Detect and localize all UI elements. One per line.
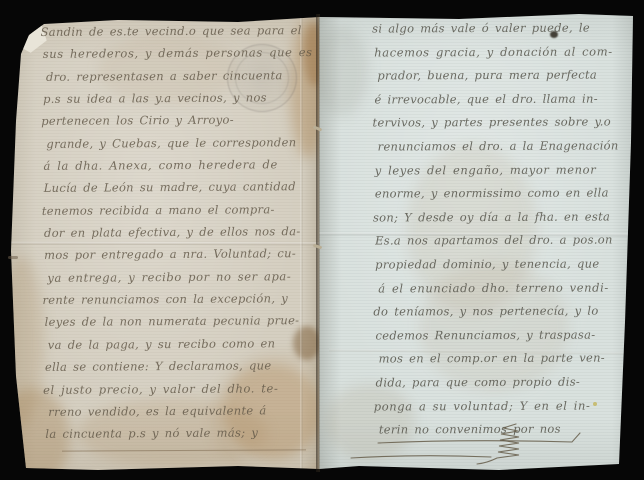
- binding-seam: [316, 14, 320, 472]
- manuscript-line: pertenecen los Cirio y Arroyo-: [41, 108, 309, 132]
- stain: [0, 388, 70, 480]
- manuscript-line: renunciamos el dro. a la Enagenación: [378, 134, 615, 159]
- manuscript-line: propiedad dominio, y tenencia, que: [375, 252, 615, 277]
- manuscript-page-right: si algo más vale ó valer puede, lehacemo…: [319, 12, 634, 474]
- fold-crease: [329, 348, 629, 354]
- manuscript-line: á el enunciado dho. terreno vendi-: [378, 276, 615, 301]
- manuscript-line: Sandin de es.te vecind.o que sea para el: [41, 19, 309, 43]
- manuscript-line: la cincuenta p.s y nó vale más; y: [45, 421, 311, 445]
- fold-crease: [319, 232, 634, 236]
- manuscript-line: é irrevocable, que el dro. llama in-: [374, 87, 614, 112]
- seal-inner-ring: [235, 52, 289, 104]
- stain: [419, 262, 569, 392]
- manuscript-line: ya entrega, y recibo por no ser apa-: [47, 265, 310, 289]
- manuscript-line: prador, buena, pura mera perfecta: [377, 64, 614, 89]
- manuscript-line: enorme, y enormissimo como en ella: [375, 182, 615, 207]
- manuscript-line: son; Y desde oy día a la fha. en esta: [373, 205, 615, 230]
- manuscript-line: rente renunciamos con la excepción, y: [42, 287, 310, 311]
- manuscript-line: el justo precio, y valor del dho. te-: [43, 377, 311, 401]
- manuscript-scan: Sandin de es.te vecind.o que sea para el…: [0, 0, 644, 480]
- manuscript-line: Es.a nos apartamos del dro. a pos.on: [375, 229, 615, 254]
- paper-speck: [593, 402, 597, 406]
- closing-rule: [62, 449, 306, 451]
- stain: [407, 144, 537, 314]
- torn-paper-corner-icon: [16, 22, 48, 54]
- manuscript-line: terin no convenimos por nos: [379, 418, 616, 443]
- manuscript-line: cedemos Renunciamos, y traspasa-: [375, 323, 615, 348]
- fold-crease: [8, 242, 320, 246]
- fold-stitch-mark: [8, 256, 18, 259]
- manuscript-line: tervivos, y partes presentes sobre y.o: [372, 111, 614, 136]
- manuscript-line: tenemos recibida a mano el compra-: [42, 198, 310, 222]
- manuscript-line: grande, y Cuebas, que le corresponden: [46, 131, 309, 155]
- manuscript-line: va de la paga, y su recibo como en: [48, 332, 311, 356]
- embossed-circular-seal-icon: [227, 44, 297, 112]
- manuscript-line: y leyes del engaño, mayor menor: [375, 158, 615, 183]
- manuscript-line: Lucía de León su madre, cuya cantidad: [44, 175, 310, 199]
- manuscript-line: mos en el comp.or en la parte ven-: [379, 347, 616, 372]
- manuscript-line: á la dha. Anexa, como heredera de: [43, 153, 309, 177]
- handwritten-text-right: si algo más vale ó valer puede, lehacemo…: [374, 16, 616, 442]
- manuscript-line: rreno vendido, es la equivalente á: [48, 399, 311, 423]
- stain: [0, 256, 44, 426]
- manuscript-line: leyes de la non numerata pecunia prue-: [45, 310, 311, 334]
- manuscript-line: hacemos gracia, y donación al com-: [374, 40, 614, 65]
- ink-blot-icon: [550, 31, 558, 38]
- fold-crease: [300, 16, 303, 472]
- notary-rubric-flourish-icon: [319, 12, 634, 474]
- stain: [223, 364, 323, 459]
- stain: [325, 384, 415, 460]
- laid-paper-texture: [319, 12, 634, 474]
- manuscript-page-left: Sandin de es.te vecind.o que sea para el…: [8, 16, 320, 472]
- stain: [313, 26, 369, 116]
- manuscript-line: si algo más vale ó valer puede, le: [372, 16, 614, 41]
- stain: [98, 34, 238, 104]
- manuscript-line: do teníamos, y nos pertenecía, y lo: [373, 300, 615, 325]
- stain: [78, 398, 268, 468]
- manuscript-line: mos por entregado a nra. Voluntad; cu-: [44, 243, 310, 267]
- manuscript-line: dida, para que como propio dis-: [376, 370, 616, 395]
- manuscript-line: ponga a su voluntad; Y en el in-: [374, 394, 616, 419]
- manuscript-line: dor en plata efectiva, y de ellos nos da…: [44, 220, 310, 244]
- manuscript-line: ella se contiene: Y declaramos, que: [45, 354, 311, 378]
